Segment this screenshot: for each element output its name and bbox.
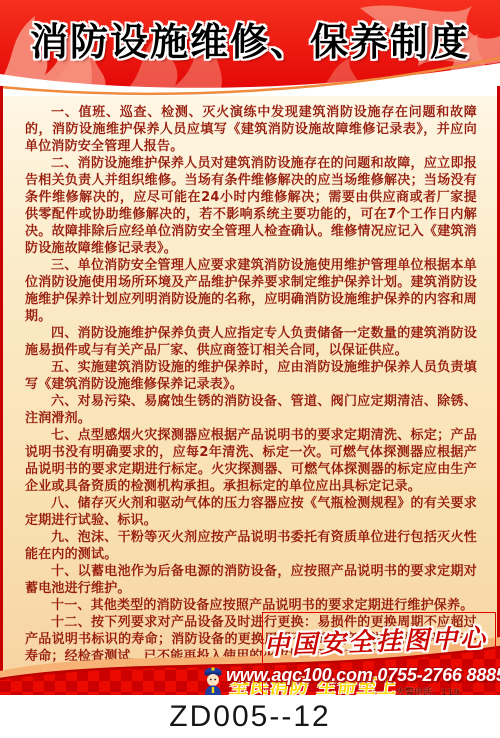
rule-paragraph: 五、实施建筑消防设施的维护保养时，应由消防设施维护保养人员负责填写《建筑消防设施… bbox=[25, 359, 477, 393]
rule-paragraph: 八、储存灭火剂和驱动气体的压力容器应按《气瓶检测规程》的有关要求定期进行试验、标… bbox=[25, 495, 477, 529]
poster-code: ZD005--12 bbox=[169, 700, 330, 734]
watermark-phone: 0755-2766 8885 bbox=[377, 665, 500, 685]
rule-paragraph: 二、消防设施维护保养人员对建筑消防设施存在的问题和故障，应立即报告相关负责人并组… bbox=[25, 155, 477, 257]
rule-paragraph: 九、泡沫、干粉等灭火剂应按产品说明书委托有资质单位进行包括灭火性能在内的测试。 bbox=[25, 529, 477, 563]
code-strip: ZD005--12 bbox=[0, 695, 500, 738]
left-border bbox=[0, 86, 3, 695]
rule-paragraph: 四、消防设施维护保养负责人应指定专人负责储备一定数量的建筑消防设施易损件或与有关… bbox=[25, 325, 477, 359]
fire-police-mascot-icon bbox=[201, 666, 225, 695]
fire-safety-poster: 消防设施维修、保养制度 一、值班、巡查、检测、灭火演练中发现建筑消防设施存在问题… bbox=[0, 0, 500, 738]
rule-paragraph: 六、对易污染、易腐蚀生锈的消防设备、管道、阀门应定期清洁、除锈、注润滑剂。 bbox=[25, 393, 477, 427]
watermark-url-phone: www.aqc100.com 0755-2766 8885 bbox=[226, 665, 500, 686]
rule-paragraph: 三、单位消防安全管理人应要求建筑消防设施使用维护管理单位根据本单位消防设施使用场… bbox=[25, 257, 477, 325]
page-title: 消防设施维修、保养制度 bbox=[0, 22, 500, 64]
rules-list: 一、值班、巡查、检测、灭火演练中发现建筑消防设施存在问题和故障的，消防设施维护保… bbox=[3, 86, 497, 695]
rule-paragraph: 十、以蓄电池作为后备电源的消防设备，应按照产品说明书的要求定期对蓄电池进行维护。 bbox=[25, 563, 477, 597]
rule-paragraph: 一、值班、巡查、检测、灭火演练中发现建筑消防设施存在问题和故障的，消防设施维护保… bbox=[25, 104, 477, 155]
rule-paragraph: 七、点型感烟火灾探测器应根据产品说明书的要求定期清洗、标定；产品说明书没有明确要… bbox=[25, 427, 477, 495]
watermark-url: www.aqc100.com bbox=[226, 665, 373, 685]
